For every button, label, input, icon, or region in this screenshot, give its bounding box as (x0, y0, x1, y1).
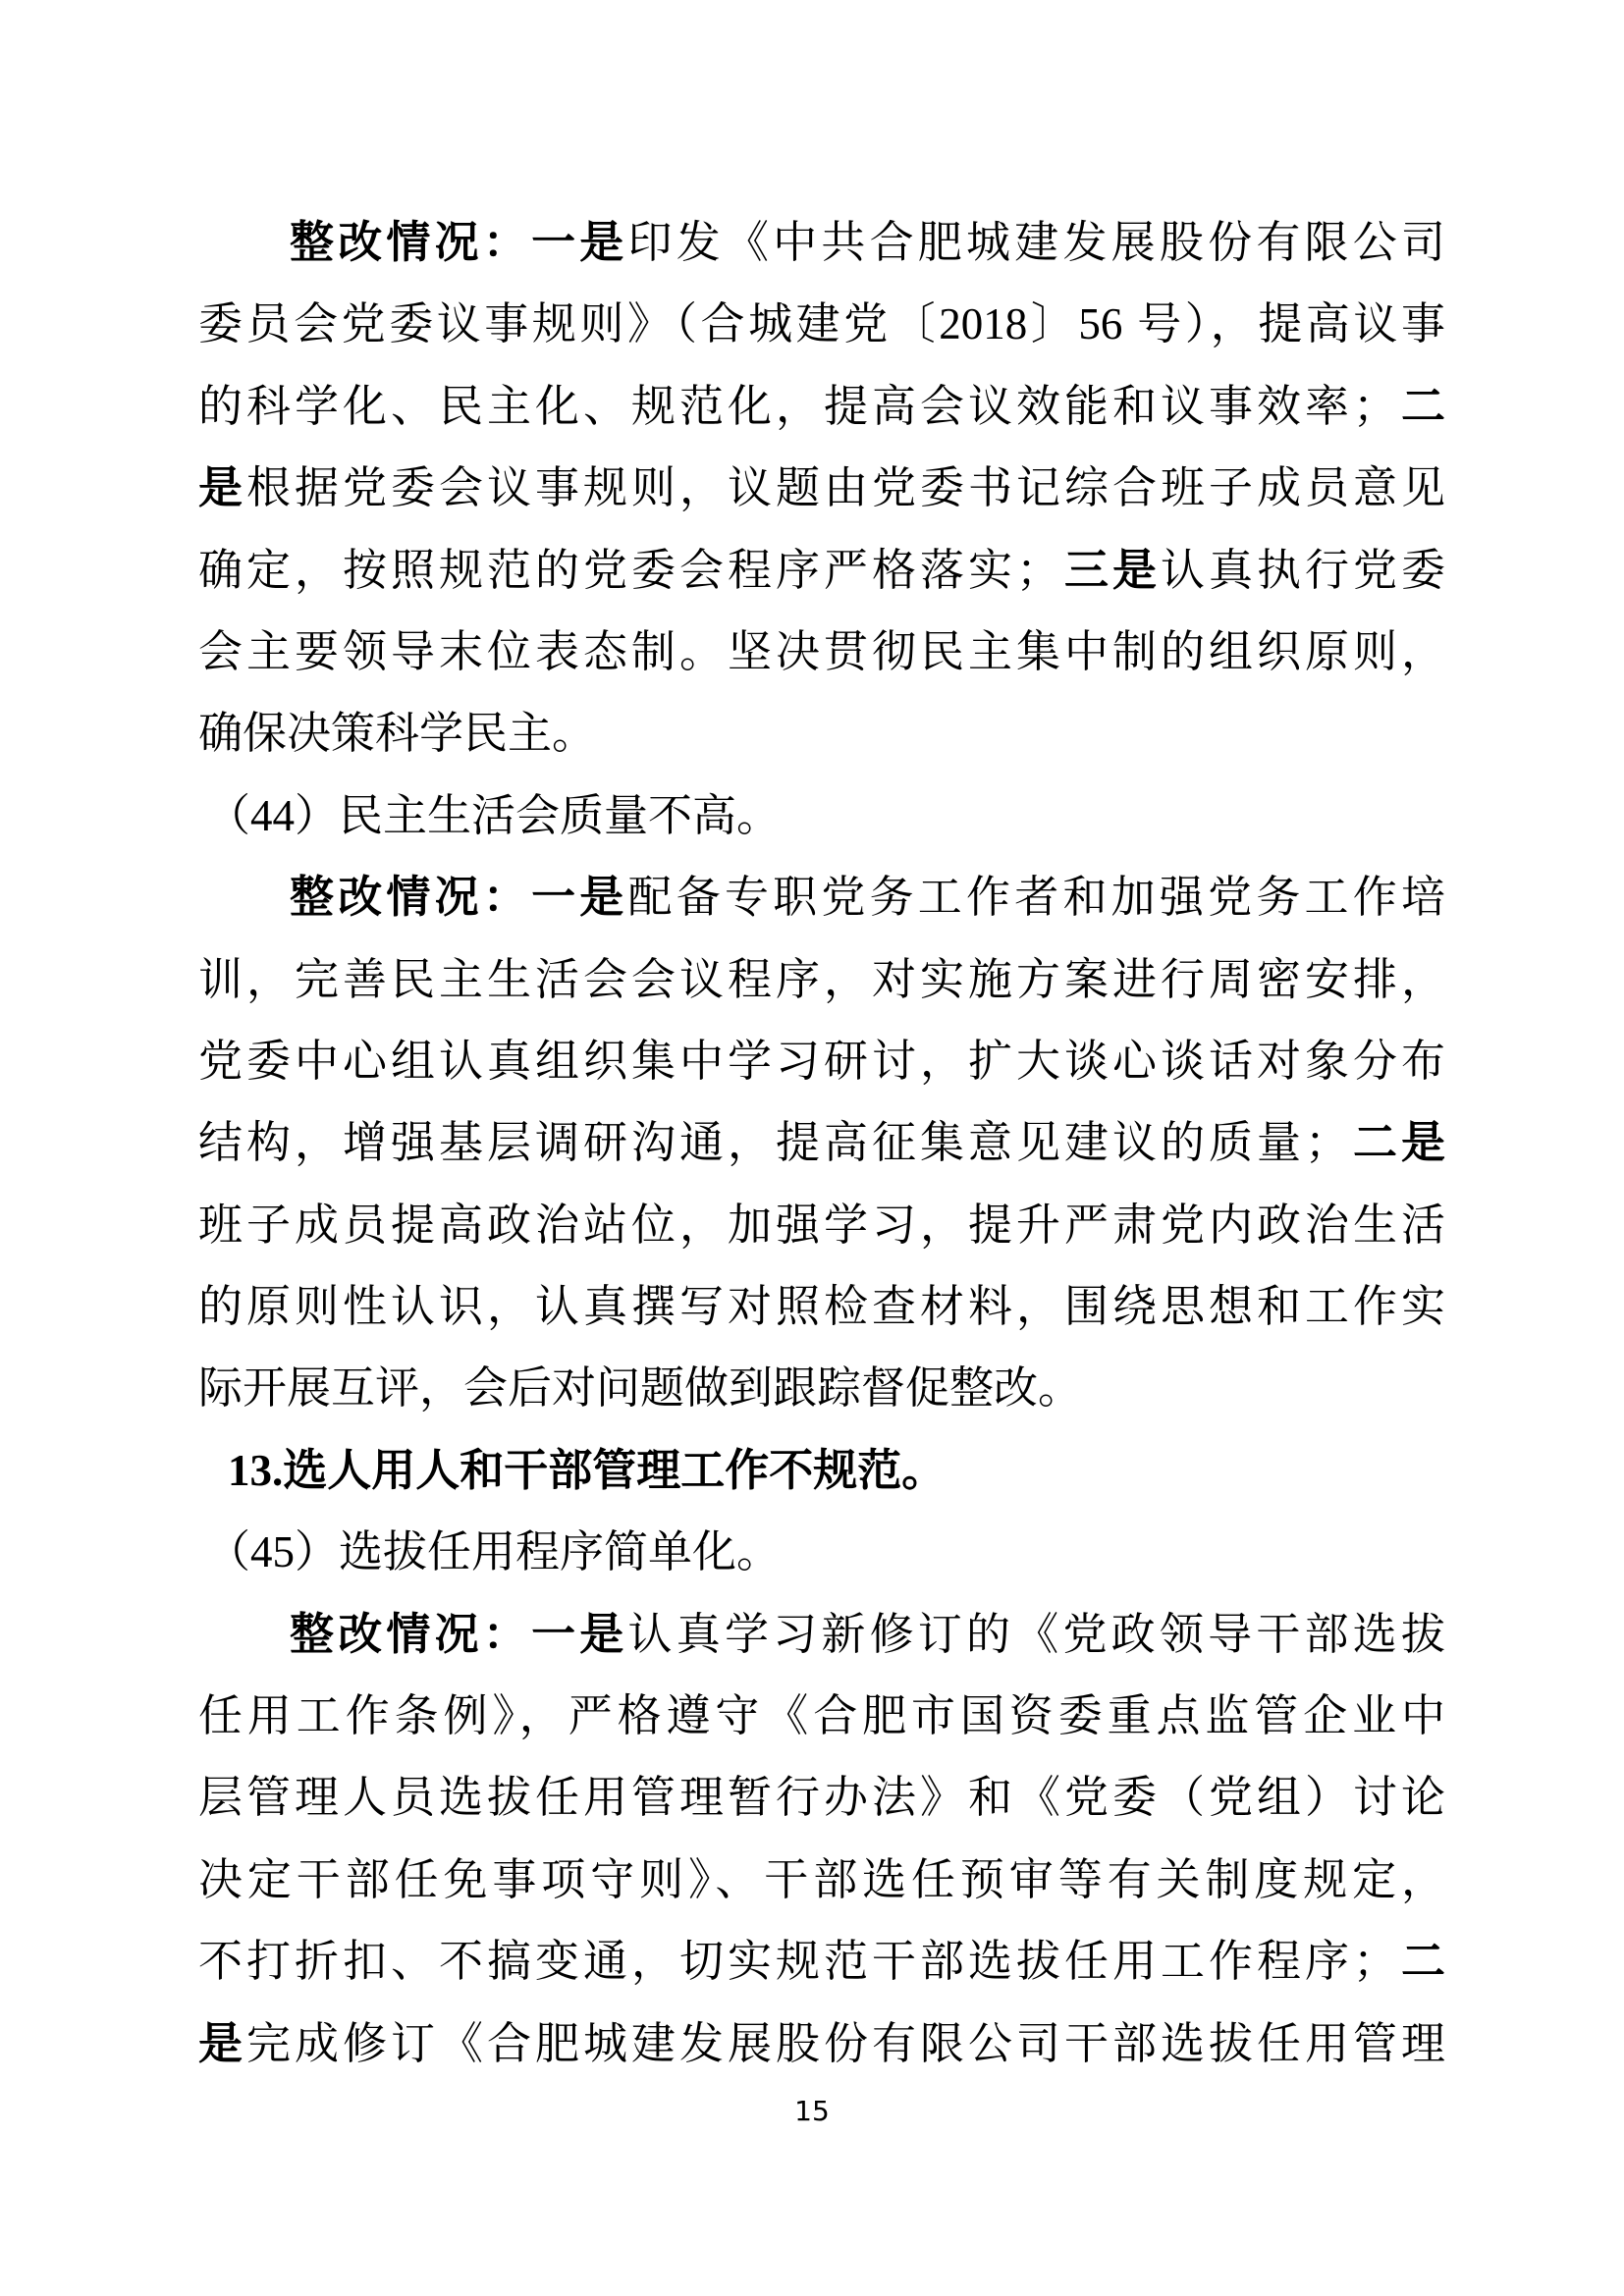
text-run: 配备专职党务工作者和加强党务工作培 (628, 873, 1445, 922)
bold-text-run: 整改情况：一是 (290, 1610, 628, 1659)
text-run: 委员会党委议事规则》（合城建党〔2018〕56 号），提高议事 (198, 299, 1445, 348)
text-run: 确定，按照规范的党委会程序严格落实； (198, 546, 1060, 595)
text-run: 确保决策科学民主。 (198, 709, 596, 758)
page-footer: 15 (0, 2095, 1624, 2128)
text-run: 际开展互评，会后对问题做到跟踪督促整改。 (198, 1363, 1082, 1413)
text-run: 认真执行党委 (1161, 546, 1445, 595)
item-line: （44）民主生活会质量不高。 (198, 775, 1445, 857)
text-run: 任用工作条例》，严格遵守《合肥市国资委重点监管企业中 (198, 1691, 1445, 1740)
text-run: 根据党委会议事规则，议题由党委书记综合班子成员意见 (246, 463, 1445, 512)
text-run: （44）民主生活会质量不高。 (206, 791, 781, 840)
text-line: 的原则性认识，认真撰写对照检查材料，围绕思想和工作实 (198, 1266, 1445, 1348)
text-run: 不打折扣、不搞变通，切实规范干部选拔任用工作程序； (198, 1937, 1397, 1986)
text-line: 党委中心组认真组织集中学习研讨，扩大谈心谈话对象分布 (198, 1021, 1445, 1102)
text-run: 结构，增强基层调研沟通，提高征集意见建议的质量； (198, 1118, 1349, 1167)
bold-text-run: 二 (1397, 1937, 1445, 1986)
page-number: 15 (794, 2095, 830, 2127)
text-line: 班子成员提高政治站位，加强学习，提升严肃党内政治生活 (198, 1185, 1445, 1266)
text-line: 不打折扣、不搞变通，切实规范干部选拔任用工作程序；二 (198, 1921, 1445, 2002)
text-line: 层管理人员选拔任用管理暂行办法》和《党委（党组）讨论 (198, 1757, 1445, 1839)
text-line: 是根据党委会议事规则，议题由党委书记综合班子成员意见 (198, 448, 1445, 529)
text-line: 是完成修订《合肥城建发展股份有限公司干部选拔任用管理 (198, 2003, 1445, 2085)
text-run: 完成修订《合肥城建发展股份有限公司干部选拔任用管理 (246, 2019, 1445, 2068)
text-line: 会主要领导末位表态制。坚决贯彻民主集中制的组织原则， (198, 612, 1445, 693)
text-run: 的原则性认识，认真撰写对照检查材料，围绕思想和工作实 (198, 1282, 1445, 1331)
bold-text-run: 三是 (1060, 546, 1161, 595)
item-line: （45）选拔任用程序简单化。 (198, 1512, 1445, 1593)
text-line: 的科学化、民主化、规范化，提高会议效能和议事效率；二 (198, 366, 1445, 448)
section-heading: 13.选人用人和干部管理工作不规范。 (198, 1430, 1445, 1512)
text-run: 训，完善民主生活会会议程序，对实施方案进行周密安排， (198, 955, 1445, 1004)
text-run: 班子成员提高政治站位，加强学习，提升严肃党内政治生活 (198, 1201, 1445, 1250)
text-line: 训，完善民主生活会会议程序，对实施方案进行周密安排， (198, 939, 1445, 1021)
text-line: 决定干部任免事项守则》、干部选任预审等有关制度规定， (198, 1840, 1445, 1921)
bold-text-run: 是 (198, 2019, 246, 2068)
text-line: 整改情况：一是印发《中共合肥城建发展股份有限公司 (198, 202, 1445, 284)
text-line: 委员会党委议事规则》（合城建党〔2018〕56 号），提高议事 (198, 284, 1445, 365)
bold-text-run: 二 (1397, 382, 1445, 431)
text-run: 印发《中共合肥城建发展股份有限公司 (628, 218, 1445, 267)
text-run: （45）选拔任用程序简单化。 (206, 1527, 781, 1576)
bold-text-run: 整改情况：一是 (290, 873, 628, 922)
text-line: 整改情况：一是认真学习新修订的《党政领导干部选拔 (198, 1594, 1445, 1676)
document-page: 整改情况：一是印发《中共合肥城建发展股份有限公司 委员会党委议事规则》（合城建党… (0, 0, 1624, 2296)
bold-text-run: 是 (198, 463, 246, 512)
text-line: 整改情况：一是配备专职党务工作者和加强党务工作培 (198, 857, 1445, 938)
text-line: 确定，按照规范的党委会程序严格落实；三是认真执行党委 (198, 530, 1445, 612)
bold-text-run: 13.选人用人和干部管理工作不规范。 (228, 1446, 946, 1495)
text-run: 的科学化、民主化、规范化，提高会议效能和议事效率； (198, 382, 1397, 431)
text-line: 结构，增强基层调研沟通，提高征集意见建议的质量；二是 (198, 1102, 1445, 1184)
bold-text-run: 整改情况：一是 (290, 218, 628, 267)
text-line: 任用工作条例》，严格遵守《合肥市国资委重点监管企业中 (198, 1676, 1445, 1757)
text-run: 决定干部任免事项守则》、干部选任预审等有关制度规定， (198, 1855, 1445, 1904)
text-run: 认真学习新修订的《党政领导干部选拔 (628, 1610, 1445, 1659)
text-run: 党委中心组认真组织集中学习研讨，扩大谈心谈话对象分布 (198, 1037, 1445, 1086)
text-line: 际开展互评，会后对问题做到跟踪督促整改。 (198, 1348, 1445, 1429)
bold-text-run: 二是 (1349, 1118, 1445, 1167)
text-run: 层管理人员选拔任用管理暂行办法》和《党委（党组）讨论 (198, 1773, 1445, 1822)
document-body: 整改情况：一是印发《中共合肥城建发展股份有限公司 委员会党委议事规则》（合城建党… (198, 202, 1445, 2085)
text-run: 会主要领导末位表态制。坚决贯彻民主集中制的组织原则， (198, 627, 1445, 676)
text-line: 确保决策科学民主。 (198, 693, 1445, 774)
